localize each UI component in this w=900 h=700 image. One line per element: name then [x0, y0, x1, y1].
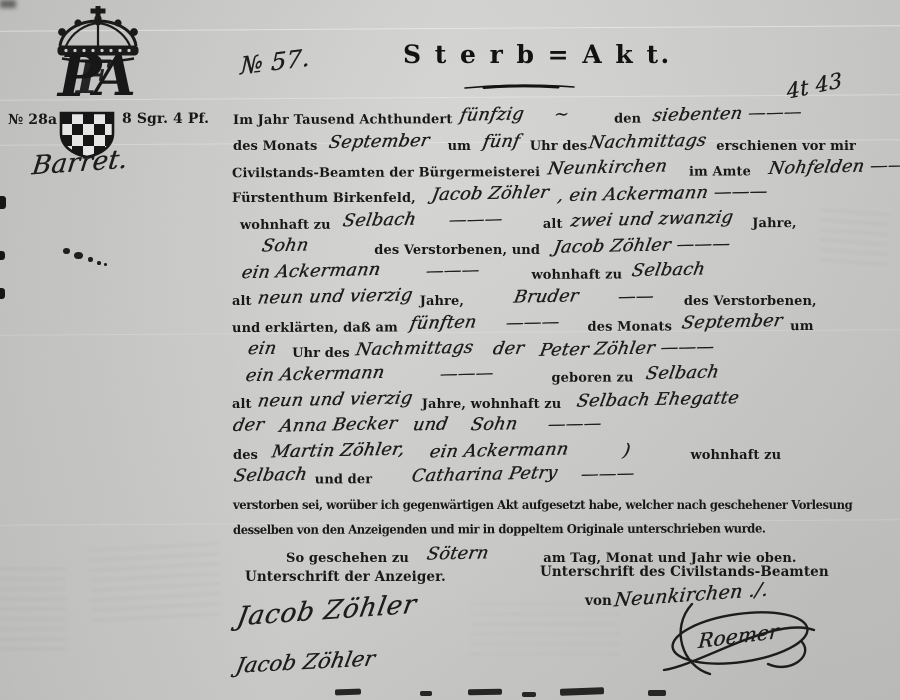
printed-form-text: und erklärten, daß am	[232, 320, 398, 336]
scan-edge-mark	[0, 288, 5, 299]
handwritten-entry: Peter Zöhler ———	[537, 337, 715, 361]
ink-speck	[74, 252, 83, 259]
death-record-scan: P F A № 28a 8 Sgr. 4 Pf. Barret. № 57. S…	[0, 0, 900, 700]
document-line: ein Ackermann———geboren zuSelbach	[246, 366, 718, 388]
handwritten-entry: ———	[438, 363, 495, 384]
handwritten-entry: Martin Zöhler,	[270, 440, 406, 463]
document-line: Fürstenthum Birkenfeld,Jacob Zöhler, ein…	[232, 187, 767, 207]
cutoff-text-fragment	[335, 689, 361, 696]
printed-form-text: im Amte	[689, 164, 751, 179]
ink-speck	[97, 261, 101, 265]
handwritten-entry: Bruder	[512, 286, 580, 307]
cutoff-text-fragment	[522, 692, 536, 697]
document-line: einUhr desNachmittagsderPeter Zöhler ———	[248, 342, 713, 362]
printed-form-text: den	[614, 112, 641, 127]
printed-form-text: des Verstorbenen, und	[374, 243, 540, 258]
handwritten-entry: Nachmittags	[587, 131, 708, 153]
printed-form-text: Jahre,	[752, 216, 796, 231]
printed-form-text: Civilstands-Beamten der Bürgermeisterei	[232, 165, 540, 181]
printed-form-text: Uhr des	[530, 139, 588, 154]
handwritten-entry: Selbach Ehegatte	[575, 388, 741, 411]
handwritten-entry: Anna Becker	[278, 414, 399, 437]
handwritten-entry: , ein Ackermann ———	[556, 182, 769, 206]
registrar-signature-heading: Unterschrift des Civilstands-Beamten	[540, 564, 829, 580]
von-label: von	[585, 593, 612, 609]
bleedthrough-ghost	[0, 560, 66, 650]
signers-signature-heading: Unterschrift der Anzeiger.	[245, 569, 446, 585]
handwritten-entry: ———	[546, 414, 603, 435]
handwritten-entry: September	[328, 131, 432, 153]
handwritten-entry: neun und vierzig	[256, 285, 414, 308]
scan-edge-mark	[0, 251, 5, 260]
document-line: altneun und vierzigJahre, wohnhaft zuSel…	[232, 393, 739, 413]
document-line: des MonatsSeptemberumfünfUhr desNachmitt…	[233, 135, 856, 155]
document-line: altneun und vierzigJahre,Bruder——des Ver…	[232, 290, 817, 310]
document-line: derAnna BeckerundSohn———	[233, 417, 601, 438]
handwritten-entry: ———	[579, 464, 636, 485]
handwritten-entry: Selbach	[341, 210, 417, 232]
printed-form-text: und der	[315, 472, 372, 487]
printed-form-text: um	[790, 319, 813, 334]
handwritten-entry: Catharina Petry	[410, 463, 559, 487]
stamp-fee: 8 Sgr. 4 Pf.	[122, 111, 209, 127]
printed-form-text: des Monats	[233, 139, 317, 154]
handwritten-entry: neun und vierzig	[256, 388, 414, 411]
printed-form-text: alt	[543, 217, 563, 232]
handwritten-entry: ———	[424, 260, 481, 281]
handwritten-entry: Selbach	[644, 362, 720, 384]
document-line: verstorben sei, worüber ich gegenwärtige…	[233, 494, 852, 513]
document-line: desMartin Zöhler,ein Ackermann)wohnhaft …	[233, 444, 781, 464]
document-line: Selbachund derCatharina Petry———	[234, 467, 635, 488]
witness-signature-1: Jacob Zöhler	[235, 590, 420, 633]
printed-form-text: alt	[232, 294, 252, 309]
handwritten-entry: der	[491, 339, 525, 360]
handwritten-entry: ———	[448, 209, 505, 230]
handwritten-entry: siebenten ———	[651, 102, 803, 126]
handwritten-entry: Nachmittags	[354, 338, 475, 360]
printed-form-text: Jahre, wohnhaft zu	[422, 397, 562, 412]
title-underline	[462, 82, 577, 92]
document-line: Civilstands-Beamten der BürgermeistereiN…	[232, 160, 900, 182]
document-line: Im Jahr Tausend Achthundertfünfzig~densi…	[233, 107, 802, 129]
printed-form-text: Fürstenthum Birkenfeld,	[232, 191, 416, 206]
scan-edge-shadow	[0, 0, 16, 8]
printed-form-text: um	[448, 139, 471, 154]
handwritten-entry: Jacob Zöhler ———	[552, 234, 732, 258]
handwritten-entry: Selbach	[630, 259, 706, 281]
scan-edge-mark	[0, 196, 6, 209]
bleedthrough-ghost	[88, 537, 222, 622]
monogram-letter: A	[94, 44, 136, 108]
printed-form-text: wohnhaft zu	[240, 218, 331, 233]
handwritten-entry: ~	[552, 105, 570, 125]
printed-form-text: Jahre,	[420, 294, 464, 309]
handwritten-entry: ein Ackermann	[244, 363, 386, 386]
printed-form-text: So geschehen zu	[286, 551, 409, 566]
handwritten-entry: fünf	[481, 132, 521, 153]
document-line: und erklärten, daß amfünften———des Monat…	[232, 315, 814, 337]
printed-form-text: geboren zu	[551, 370, 633, 385]
printed-form-text: desselben von den Anzeigenden und mir in…	[233, 521, 765, 537]
handwritten-entry: Neunkirchen	[546, 156, 669, 179]
record-number: № 57.	[240, 44, 310, 81]
handwritten-entry: )	[622, 441, 633, 461]
document-line: ein Ackermann———wohnhaft zuSelbach	[242, 263, 705, 285]
handwritten-entry: zwei und zwanzig	[569, 208, 735, 232]
witness-signature-2: Jacob Zöhler	[234, 646, 378, 678]
printed-form-text: Im Jahr Tausend Achthundert	[233, 112, 453, 128]
printed-form-text: Uhr des	[292, 346, 350, 361]
handwritten-entry: ein Ackermann	[428, 440, 570, 463]
printed-form-text: des Verstorbenen,	[684, 294, 817, 309]
printed-form-text: verstorben sei, worüber ich gegenwärtige…	[233, 497, 852, 512]
printed-form-text: des Monats	[587, 319, 672, 334]
handwritten-entry: Sohn	[260, 236, 310, 257]
cutoff-text-fragment	[420, 691, 432, 696]
handwritten-entry: Selbach	[232, 465, 308, 487]
ink-speck	[88, 257, 93, 262]
handwritten-entry: Sohn	[470, 414, 520, 435]
official-signature: Roemer	[652, 600, 822, 680]
handwritten-entry: ein Ackermann	[240, 260, 382, 283]
stamp-series-number: № 28a	[8, 112, 57, 128]
printed-form-text: des	[233, 448, 258, 463]
document-title: S t e r b = A k t.	[403, 40, 672, 69]
printed-form-text: wohnhaft zu	[690, 448, 781, 463]
handwritten-entry: ein	[246, 339, 278, 360]
handwritten-entry: ——	[616, 287, 655, 308]
ink-speck	[63, 248, 70, 254]
handwritten-entry: fünften	[408, 312, 478, 334]
printed-form-text: alt	[232, 397, 252, 412]
document-line: wohnhaft zuSelbach———altzwei und zwanzig…	[240, 212, 797, 234]
handwritten-entry: Sötern	[425, 543, 490, 564]
handwritten-entry: Jacob Zöhler	[430, 183, 550, 205]
cutoff-text-fragment	[648, 690, 666, 696]
handwritten-entry: September	[680, 311, 784, 333]
bleedthrough-ghost	[818, 203, 890, 266]
ink-speck	[104, 263, 107, 266]
document-line: desselben von den Anzeigenden und mir in…	[233, 518, 765, 538]
cutoff-text-fragment	[468, 689, 502, 696]
handwritten-entry: fünfzig	[459, 104, 526, 126]
printed-form-text: erschienen vor mir	[716, 139, 856, 154]
corner-annotation: 4t 43	[786, 68, 844, 104]
handwritten-entry: ———	[504, 312, 561, 333]
cutoff-text-fragment	[560, 687, 604, 696]
handwritten-entry: Nohfelden ———	[767, 155, 900, 179]
clerk-annotation: Barret.	[30, 144, 129, 181]
handwritten-entry: und	[411, 415, 449, 436]
handwritten-entry: der	[231, 415, 265, 436]
printed-form-text: wohnhaft zu	[531, 267, 622, 282]
royal-monogram: P F A	[58, 46, 138, 112]
document-line: Sohndes Verstorbenen, undJacob Zöhler ——…	[262, 239, 730, 259]
